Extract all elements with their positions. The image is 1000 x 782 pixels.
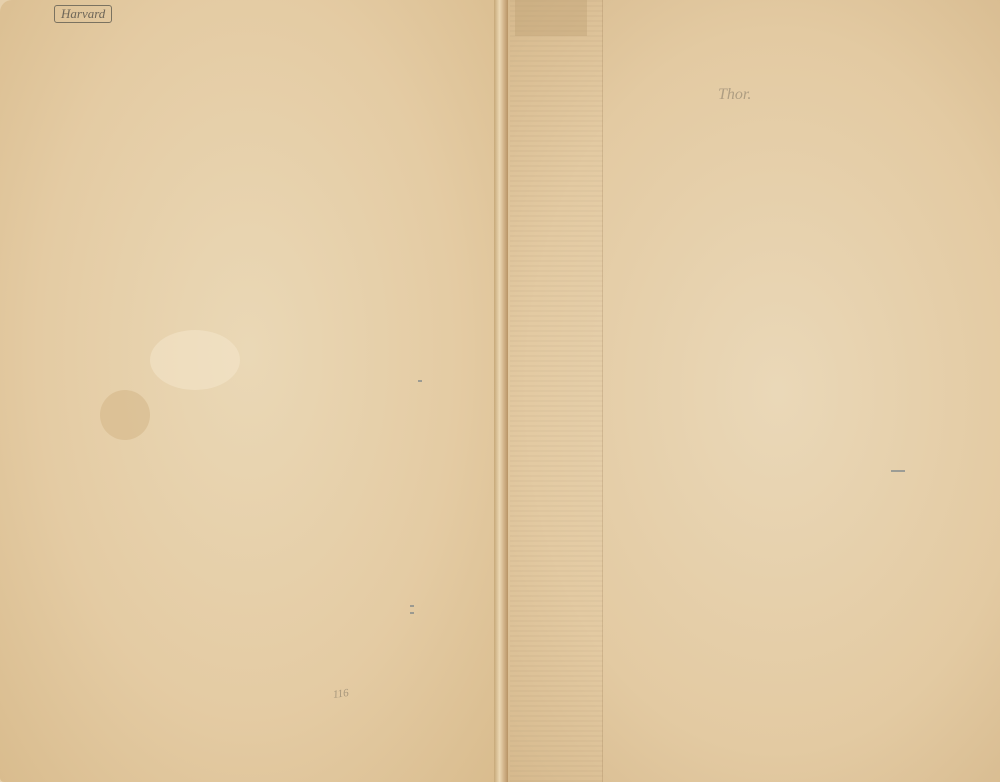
fleck xyxy=(410,605,414,607)
hinge-top-band xyxy=(515,0,587,36)
thor-annotation: Thor. xyxy=(718,86,751,104)
fleck xyxy=(410,612,414,614)
book-gutter xyxy=(494,0,508,782)
page-number-annotation: 116 xyxy=(332,687,349,701)
left-page: Harvard 116 xyxy=(0,0,497,782)
stain xyxy=(100,390,150,440)
hinge-cloth xyxy=(510,0,603,782)
highlight xyxy=(150,330,240,390)
fleck xyxy=(418,380,422,382)
fleck xyxy=(891,470,905,472)
harvard-annotation: Harvard xyxy=(54,5,112,23)
